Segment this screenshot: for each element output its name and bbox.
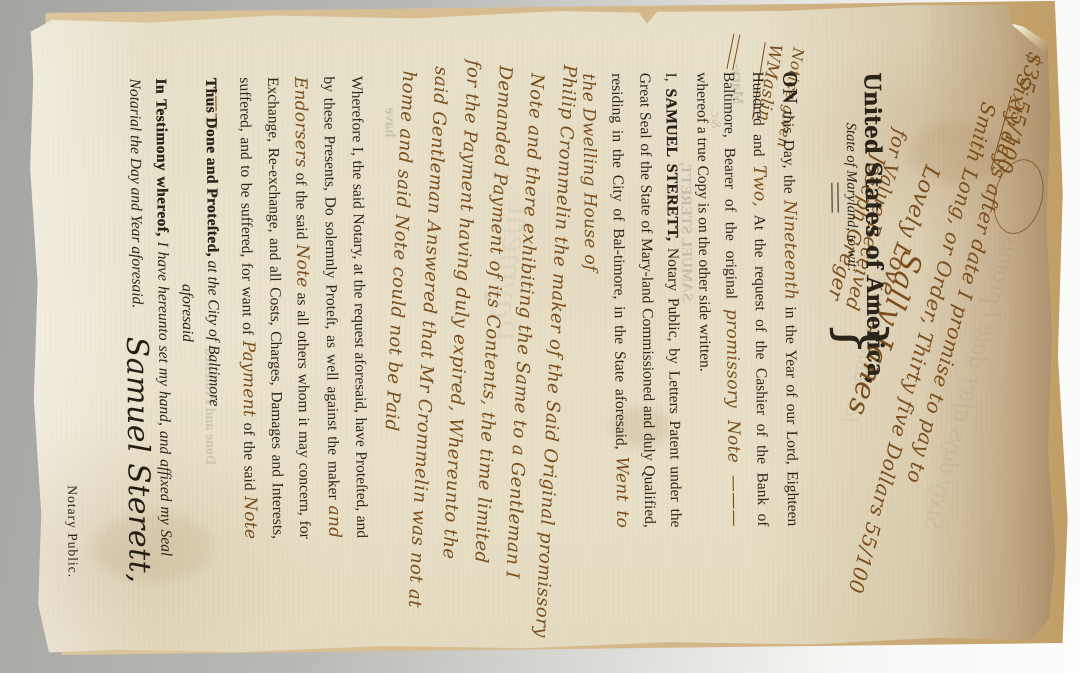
document-paper: SAMUEL STERETT, Mary- &c. have Done and … [26, 2, 1057, 656]
heading-state-of-maryland: State of Maryland, to wit: [841, 72, 861, 322]
printed-text: Wherefore I, the said Notary, at the req… [320, 76, 371, 538]
printed-text: of the said [292, 168, 310, 245]
notary-signature: Samuel Sterett, [119, 336, 157, 583]
printed-text: ON [779, 71, 803, 105]
printed-text: this Day, the [780, 105, 798, 201]
printed-text: I, [663, 72, 680, 88]
form-paragraph-on-this-day: ON this Day, the Nineteenth in the Year … [688, 71, 813, 527]
printed-text: whereof a true Copy is on the other side… [693, 72, 713, 372]
form-heading: United States of America, State of Maryl… [830, 72, 888, 323]
handwritten-paragraph: Philip Crommelin the maker of the Said O… [368, 56, 585, 575]
heading-brace: } [824, 320, 899, 356]
printed-text: at the City of Baltimore [205, 257, 224, 407]
notary-title: Notary Public. [64, 485, 81, 578]
script-fill-year: Two, [749, 165, 769, 207]
script-fill-note: Note [292, 244, 312, 287]
script-fill-day: Nineteenth [780, 200, 801, 300]
script-fill-payment: Payment [238, 341, 259, 418]
printed-blackletter: Thus Done and Proteſted, [203, 78, 222, 257]
document-content: SAMUEL STERETT, Mary- &c. have Done and … [36, 8, 1043, 639]
form-paragraph-notary: I, SAMUEL STERETT, Notary Public, by Let… [573, 72, 689, 528]
script-fill-instrument: promissory Note ——— [722, 309, 744, 527]
heading-united-states: United States of America, [859, 72, 889, 322]
printed-blackletter: In Testimony whereof, [153, 78, 172, 236]
heading-rule [831, 183, 838, 213]
printed-text: of the said [240, 417, 258, 496]
photo-background: SAMUEL STERETT, Mary- &c. have Done and … [0, 0, 1080, 673]
notary-name: SAMUEL STERETT, [663, 88, 682, 241]
